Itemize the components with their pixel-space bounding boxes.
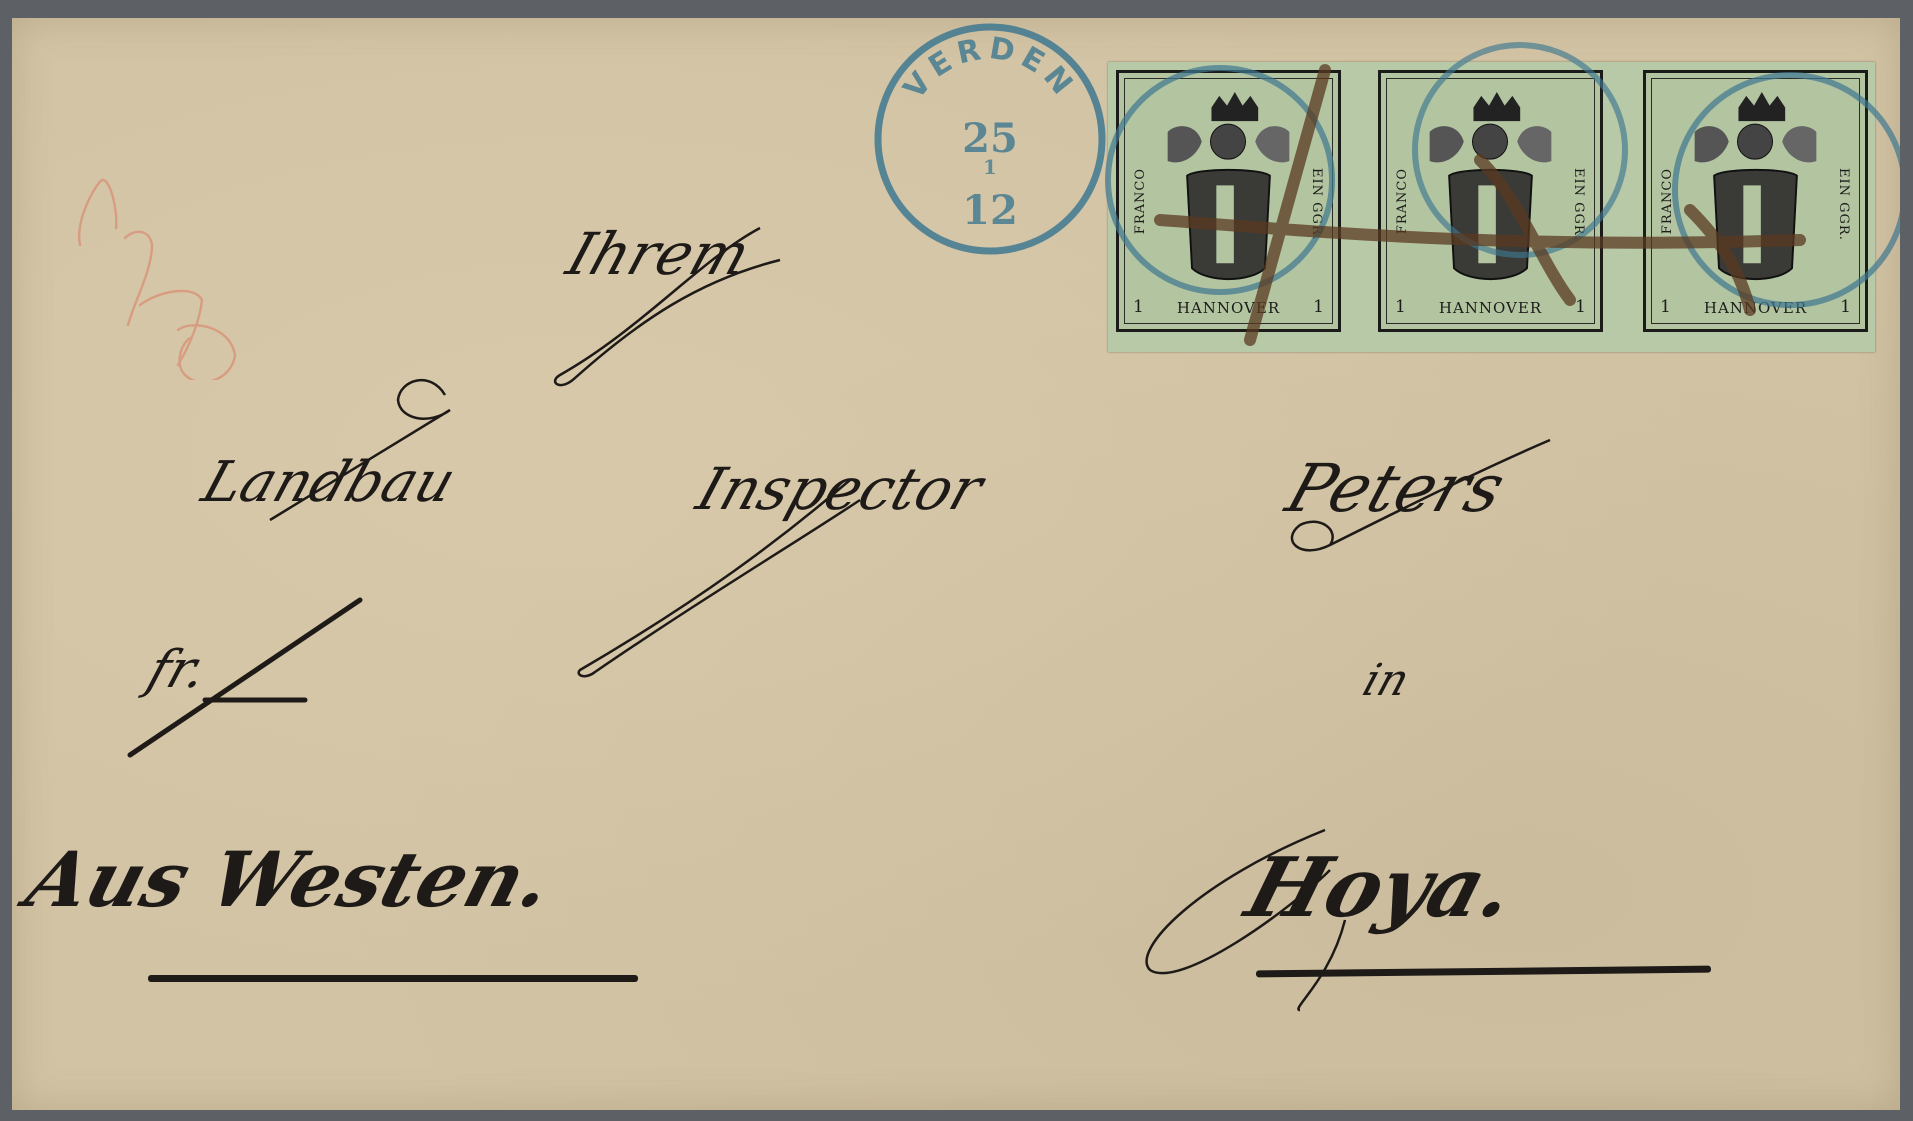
coat-of-arms-icon	[1381, 73, 1600, 329]
stamp-country: HANNOVER	[1646, 299, 1865, 317]
address-salutation: Ihrem	[559, 220, 758, 288]
stamp-1: FRANCO EIN GGR. 1 HANNOVER 1	[1116, 70, 1341, 332]
coat-of-arms-icon	[1646, 73, 1865, 329]
stamp-strip: FRANCO EIN GGR. 1 HANNOVER 1 FRANCO EIN …	[1108, 62, 1875, 352]
address-name: Peters	[1277, 450, 1514, 527]
stamp-value-right: 1	[1840, 297, 1851, 317]
stamp-country: HANNOVER	[1119, 299, 1338, 317]
postmark-month: 1	[983, 155, 997, 179]
stamp-value-right: 1	[1313, 297, 1324, 317]
stamp-side-right: EIN GGR.	[1571, 168, 1586, 241]
stamp-side-right: EIN GGR.	[1309, 168, 1324, 241]
svg-text:VERDEN: VERDEN	[897, 31, 1083, 106]
address-title-word1: Landbau	[194, 450, 463, 515]
stamp-3: FRANCO EIN GGR. 1 HANNOVER 1	[1643, 70, 1868, 332]
stamp-value-right: 1	[1575, 297, 1586, 317]
postmark-town: VERDEN	[897, 31, 1083, 106]
stamp-side-left: FRANCO	[1395, 168, 1410, 234]
underline-sender	[148, 975, 638, 982]
pencil-notation	[40, 150, 240, 380]
coat-of-arms-icon	[1119, 73, 1338, 329]
address-destination: Hoya.	[1236, 840, 1525, 936]
stamp-side-left: FRANCO	[1133, 168, 1148, 234]
stamp-2: FRANCO EIN GGR. 1 HANNOVER 1	[1378, 70, 1603, 332]
address-title-word2: Inspector	[689, 455, 991, 523]
postmark-hour: 12	[962, 187, 1018, 234]
sender-note: Aus Westen.	[17, 835, 561, 924]
stamp-country: HANNOVER	[1381, 299, 1600, 317]
postmark: VERDEN 25 1 12	[865, 14, 1115, 264]
stamp-side-right: EIN GGR.	[1836, 168, 1851, 241]
stamp-side-left: FRANCO	[1660, 168, 1675, 234]
